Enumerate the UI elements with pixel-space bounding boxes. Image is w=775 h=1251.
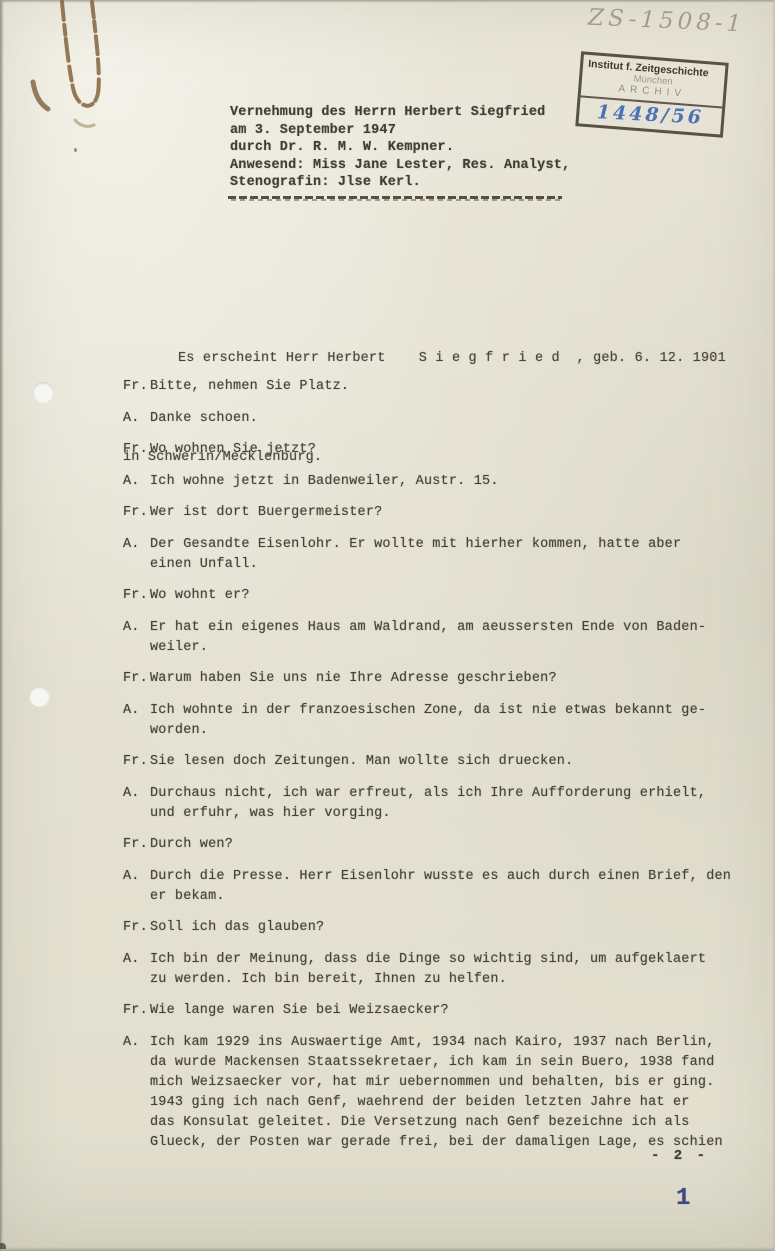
qa-entry: A. Durchaus nicht, ich war erfreut, als … xyxy=(123,784,761,824)
archive-stamp: Institut f. Zeitgeschichte München ARCHI… xyxy=(575,51,728,137)
qa-text: Durch die Presse. Herr Eisenlohr wusste … xyxy=(150,867,761,907)
qa-entry: A. Ich wohne jetzt in Badenweiler, Austr… xyxy=(123,472,761,492)
qa-text: Ich wohne jetzt in Badenweiler, Austr. 1… xyxy=(150,472,761,492)
punch-hole-bottom xyxy=(29,686,50,707)
qa-text: Ich bin der Meinung, dass die Dinge so w… xyxy=(150,950,761,990)
qa-text: Durchaus nicht, ich war erfreut, als ich… xyxy=(150,784,761,824)
qa-text: Wo wohnt er? xyxy=(150,586,761,606)
qa-entry: A. Ich bin der Meinung, dass die Dinge s… xyxy=(123,950,761,990)
archive-reference-handwritten: ZS-1508-1 xyxy=(588,5,746,38)
header-line: durch Dr. R. M. W. Kempner. xyxy=(230,139,570,157)
header-line: am 3. September 1947 xyxy=(230,122,570,140)
speaker-label: A. xyxy=(123,950,150,990)
paperclip-rust-mark xyxy=(20,0,130,145)
interrogation-header: Vernehmung des Herrn Herbert Siegfried a… xyxy=(230,104,570,192)
speaker-label: Fr. xyxy=(123,918,150,938)
speaker-label: A. xyxy=(123,701,150,741)
header-line: Stenografin: Jlse Kerl. xyxy=(230,174,570,192)
qa-entry: Fr. Wie lange waren Sie bei Weizsaecker? xyxy=(123,1001,761,1021)
speaker-label: Fr. xyxy=(123,752,150,772)
qa-text: Ich wohnte in der franzoesischen Zone, d… xyxy=(150,701,761,741)
qa-entry: Fr. Wo wohnt er? xyxy=(123,586,761,606)
speaker-label: A. xyxy=(123,409,150,429)
header-line: Anwesend: Miss Jane Lester, Res. Analyst… xyxy=(230,157,570,175)
qa-entry: A. Er hat ein eigenes Haus am Waldrand, … xyxy=(123,618,761,658)
qa-entry: Fr. Durch wen? xyxy=(123,835,761,855)
ink-speck xyxy=(74,148,77,152)
page-number-stamp: 1 xyxy=(676,1185,690,1212)
qa-entry: Fr. Bitte, nehmen Sie Platz. xyxy=(123,377,761,397)
qa-entry: Fr. Warum haben Sie uns nie Ihre Adresse… xyxy=(123,669,761,689)
page-edge-bottom xyxy=(0,1247,775,1251)
speaker-label: A. xyxy=(123,867,150,907)
qa-transcript: Fr. Bitte, nehmen Sie Platz. A. Danke sc… xyxy=(123,377,761,1164)
speaker-label: A. xyxy=(123,472,150,492)
qa-text: Der Gesandte Eisenlohr. Er wollte mit hi… xyxy=(150,535,761,575)
qa-text: Er hat ein eigenes Haus am Waldrand, am … xyxy=(150,618,761,658)
speaker-label: A. xyxy=(123,784,150,824)
speaker-label: A. xyxy=(123,1033,150,1153)
speaker-label: Fr. xyxy=(123,835,150,855)
qa-entry: Fr. Sie lesen doch Zeitungen. Man wollte… xyxy=(123,752,761,772)
speaker-label: A. xyxy=(123,618,150,658)
qa-text: Wo wohnen Sie jetzt? xyxy=(150,440,761,460)
qa-entry: A. Danke schoen. xyxy=(123,409,761,429)
speaker-label: Fr. xyxy=(123,503,150,523)
qa-text: Soll ich das glauben? xyxy=(150,918,761,938)
qa-text: Wie lange waren Sie bei Weizsaecker? xyxy=(150,1001,761,1021)
punch-hole-top xyxy=(33,382,54,403)
header-underline xyxy=(228,196,562,201)
page-edge-left xyxy=(0,0,4,1251)
qa-text: Ich kam 1929 ins Auswaertige Amt, 1934 n… xyxy=(150,1033,761,1153)
next-page-marker: - 2 - xyxy=(651,1148,708,1164)
qa-entry: A. Der Gesandte Eisenlohr. Er wollte mit… xyxy=(123,535,761,575)
qa-entry: Fr. Wer ist dort Buergermeister? xyxy=(123,503,761,523)
qa-entry: A. Ich wohnte in der franzoesischen Zone… xyxy=(123,701,761,741)
corner-scan-mark xyxy=(0,1243,6,1249)
qa-text: Danke schoen. xyxy=(150,409,761,429)
header-line: Vernehmung des Herrn Herbert Siegfried xyxy=(230,104,570,122)
speaker-label: Fr. xyxy=(123,377,150,397)
qa-entry: A. Durch die Presse. Herr Eisenlohr wuss… xyxy=(123,867,761,907)
speaker-label: Fr. xyxy=(123,586,150,606)
qa-text: Warum haben Sie uns nie Ihre Adresse ges… xyxy=(150,669,761,689)
qa-text: Bitte, nehmen Sie Platz. xyxy=(150,377,761,397)
qa-text: Durch wen? xyxy=(150,835,761,855)
qa-text: Sie lesen doch Zeitungen. Man wollte sic… xyxy=(150,752,761,772)
scanned-document-page: ZS-1508-1 Institut f. Zeitgeschichte Mün… xyxy=(0,0,775,1251)
qa-text: Wer ist dort Buergermeister? xyxy=(150,503,761,523)
qa-entry: Fr. Wo wohnen Sie jetzt? xyxy=(123,440,761,460)
qa-entry: A. Ich kam 1929 ins Auswaertige Amt, 193… xyxy=(123,1033,761,1153)
qa-entry: Fr. Soll ich das glauben? xyxy=(123,918,761,938)
appearance-line-1: Es erscheint Herr Herbert S i e g f r i … xyxy=(123,342,745,375)
speaker-label: Fr. xyxy=(123,440,150,460)
speaker-label: Fr. xyxy=(123,1001,150,1021)
speaker-label: A. xyxy=(123,535,150,575)
speaker-label: Fr. xyxy=(123,669,150,689)
